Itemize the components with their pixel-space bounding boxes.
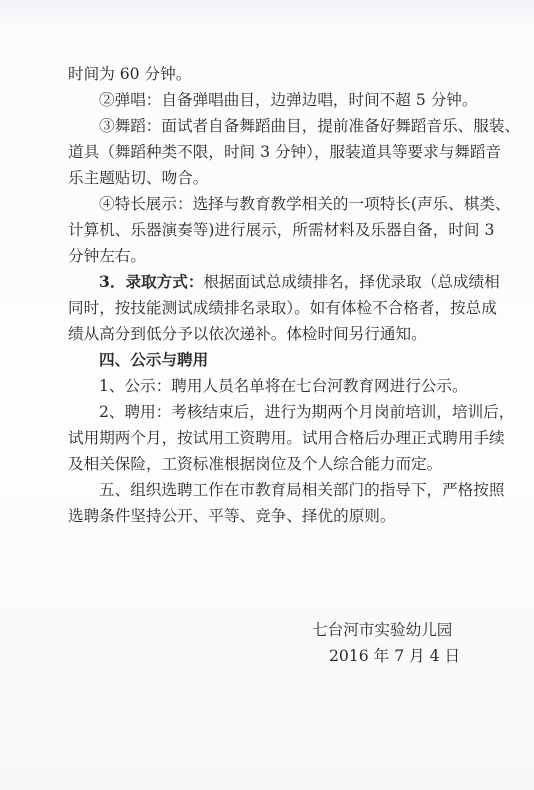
admission-heading: 3．录取方式： xyxy=(99,272,203,291)
text-line: ③舞蹈：面试者自备舞蹈曲目，提前准备好舞蹈音乐、服装、 xyxy=(68,113,470,139)
text-line: 绩从高分到低分予以依次递补。体检时间另行通知。 xyxy=(68,321,470,347)
text-line: 试用期两个月，按试用工资聘用。试用合格后办理正式聘用手续 xyxy=(68,425,470,451)
section-heading: 四、公示与聘用 xyxy=(68,347,470,373)
text-line: ④特长展示：选择与教育教学相关的一项特长(声乐、棋类、 xyxy=(68,191,470,217)
document-body: 时间为 60 分钟。 ②弹唱：自备弹唱曲目，边弹边唱，时间不超 5 分钟。 ③舞… xyxy=(68,61,470,529)
text-line: 2、聘用：考核结束后，进行为期两个月岗前培训，培训后， xyxy=(68,399,470,425)
document-page: 时间为 60 分钟。 ②弹唱：自备弹唱曲目，边弹边唱，时间不超 5 分钟。 ③舞… xyxy=(0,0,534,790)
text-line: ②弹唱：自备弹唱曲目，边弹边唱，时间不超 5 分钟。 xyxy=(68,87,470,113)
text-line: 1、公示：聘用人员名单将在七台河教育网进行公示。 xyxy=(68,373,470,399)
signature-date: 2016 年 7 月 4 日 xyxy=(312,643,460,669)
text-line: 3．录取方式：根据面试总成绩排名，择优录取（总成绩相 xyxy=(68,269,470,295)
text-line: 选聘条件坚持公开、平等、竞争、择优的原则。 xyxy=(68,503,470,529)
signature-block: 七台河市实验幼儿园 2016 年 7 月 4 日 xyxy=(312,617,460,669)
text-line: 同时，按技能测试成绩排名录取）。如有体检不合格者，按总成 xyxy=(68,295,470,321)
text-line: 及相关保险，工资标准根据岗位及个人综合能力而定。 xyxy=(68,451,470,477)
text-line: 计算机、乐器演奏等)进行展示，所需材料及乐器自备，时间 3 xyxy=(68,217,470,243)
text-line: 时间为 60 分钟。 xyxy=(68,61,470,87)
text-line: 道具（舞蹈种类不限，时间 3 分钟），服装道具等要求与舞蹈音 xyxy=(68,139,470,165)
text-line: 乐主题贴切、吻合。 xyxy=(68,165,470,191)
text-line: 五、组织选聘工作在市教育局相关部门的指导下，严格按照 xyxy=(68,477,470,503)
text-line: 分钟左右。 xyxy=(68,243,470,269)
signature-organization: 七台河市实验幼儿园 xyxy=(312,617,460,643)
text-span: 根据面试总成绩排名，择优录取（总成绩相 xyxy=(203,273,499,291)
